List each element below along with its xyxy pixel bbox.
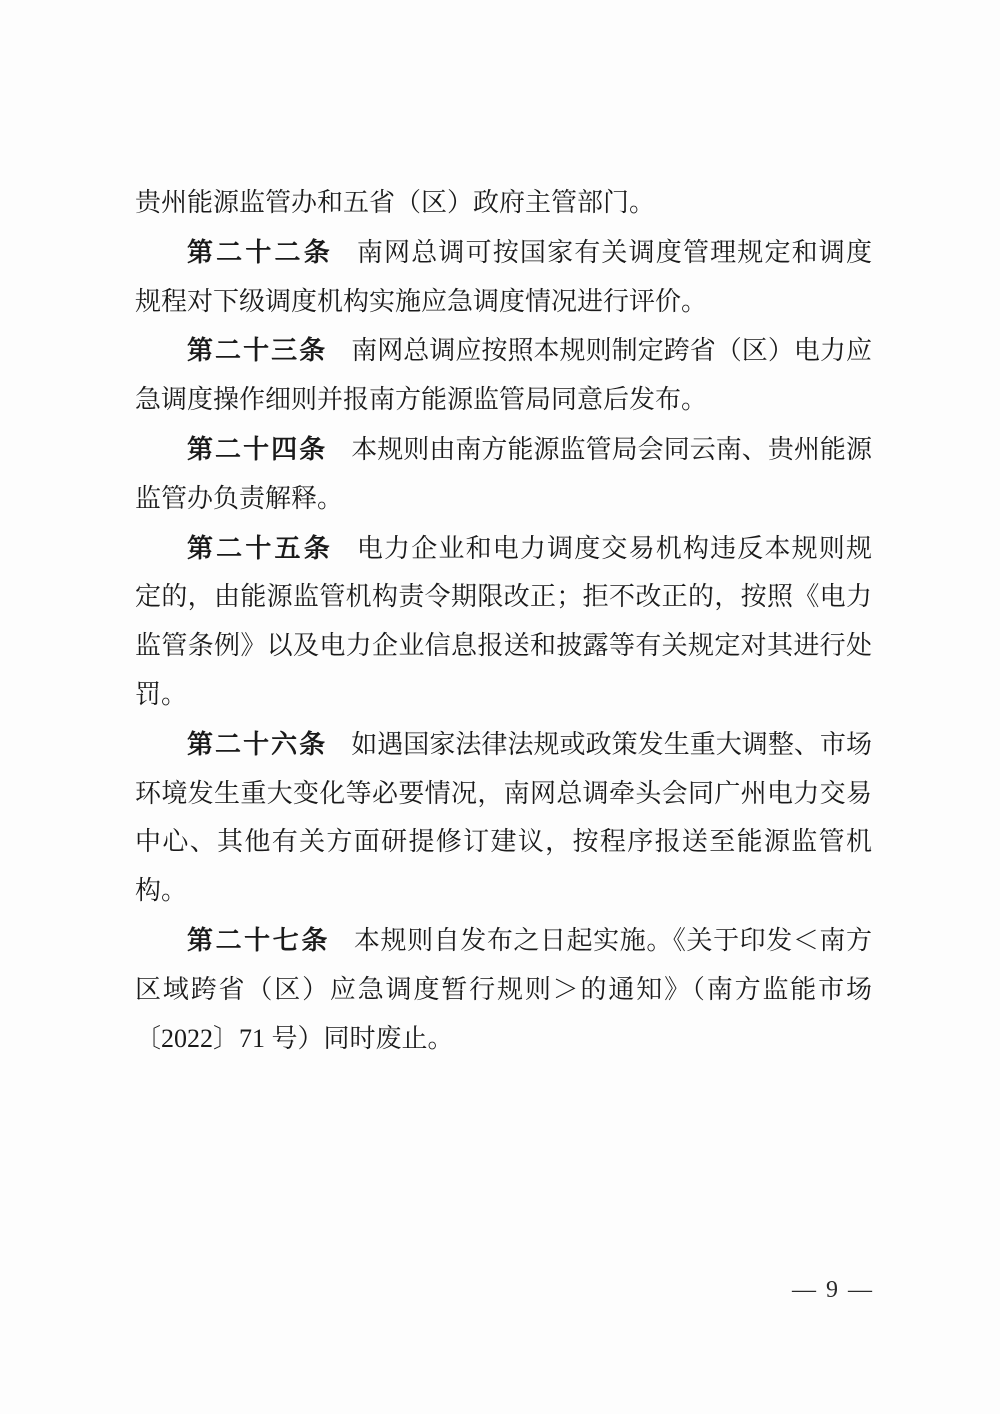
text-run: 〔2022〕71 号）同时废止。 [135, 1024, 454, 1053]
text-line: 贵州能源监管办和五省（区）政府主管部门。 [135, 179, 872, 228]
text-run: 罚。 [135, 680, 187, 709]
text-run: 监管办负责解释。 [135, 484, 343, 513]
text-run: 如遇国家法律法规或政策发生重大调整、市场 [351, 730, 872, 759]
text-run: 定的，由能源监管机构责令期限改正；拒不改正的，按照《电力 [135, 582, 872, 611]
paragraph: 贵州能源监管办和五省（区）政府主管部门。 [135, 179, 872, 228]
text-run: 本规则自发布之日起实施。《关于印发＜南方 [354, 926, 872, 955]
article-number: 第二十二条 [187, 237, 333, 267]
text-line: 第二十七条本规则自发布之日起实施。《关于印发＜南方 [135, 916, 872, 966]
paragraph: 第二十五条电力企业和电力调度交易机构违反本规则规定的，由能源监管机构责令期限改正… [135, 524, 872, 720]
document-text-block: 贵州能源监管办和五省（区）政府主管部门。第二十二条南网总调可按国家有关调度管理规… [135, 179, 872, 1063]
text-run: 南网总调应按照本规则制定跨省（区）电力应 [351, 336, 872, 365]
article-number: 第二十五条 [187, 533, 333, 563]
text-run: 本规则由南方能源监管局会同云南、贵州能源 [351, 435, 872, 464]
text-run: 贵州能源监管办和五省（区）政府主管部门。 [135, 188, 655, 217]
text-run: 电力企业和电力调度交易机构违反本规则规 [357, 534, 872, 563]
text-line: 定的，由能源监管机构责令期限改正；拒不改正的，按照《电力 [135, 573, 872, 622]
article-number: 第二十六条 [187, 729, 327, 759]
text-line: 罚。 [135, 671, 872, 720]
paragraph: 第二十二条南网总调可按国家有关调度管理规定和调度规程对下级调度机构实施应急调度情… [135, 228, 872, 327]
paragraph: 第二十三条南网总调应按照本规则制定跨省（区）电力应急调度操作细则并报南方能源监管… [135, 326, 872, 425]
page-number: — 9 — [792, 1277, 874, 1304]
text-run: 中心、其他有关方面研提修订建议，按程序报送至能源监管机构。 [135, 827, 872, 905]
text-line: 第二十五条电力企业和电力调度交易机构违反本规则规 [135, 524, 872, 574]
text-run: 区域跨省（区）应急调度暂行规则＞的通知》（南方监能市场 [135, 975, 872, 1004]
text-line: 环境发生重大变化等必要情况，南网总调牵头会同广州电力交易 [135, 770, 872, 819]
text-line: 监管条例》以及电力企业信息报送和披露等有关规定对其进行处 [135, 622, 872, 671]
article-number: 第二十四条 [187, 434, 327, 464]
text-line: 〔2022〕71 号）同时废止。 [135, 1015, 872, 1064]
text-line: 第二十二条南网总调可按国家有关调度管理规定和调度 [135, 228, 872, 278]
text-line: 规程对下级调度机构实施应急调度情况进行评价。 [135, 278, 872, 327]
text-line: 监管办负责解释。 [135, 475, 872, 524]
article-number: 第二十三条 [187, 335, 327, 365]
article-number: 第二十七条 [187, 925, 330, 955]
text-line: 第二十三条南网总调应按照本规则制定跨省（区）电力应 [135, 326, 872, 376]
text-line: 中心、其他有关方面研提修订建议，按程序报送至能源监管机构。 [135, 818, 872, 916]
document-page: 贵州能源监管办和五省（区）政府主管部门。第二十二条南网总调可按国家有关调度管理规… [0, 0, 1000, 1414]
text-run: 环境发生重大变化等必要情况，南网总调牵头会同广州电力交易 [135, 779, 872, 808]
text-line: 区域跨省（区）应急调度暂行规则＞的通知》（南方监能市场 [135, 966, 872, 1015]
text-run: 南网总调可按国家有关调度管理规定和调度 [357, 238, 872, 267]
text-line: 急调度操作细则并报南方能源监管局同意后发布。 [135, 376, 872, 425]
text-run: 急调度操作细则并报南方能源监管局同意后发布。 [135, 385, 707, 414]
text-run: 规程对下级调度机构实施应急调度情况进行评价。 [135, 287, 707, 316]
text-line: 第二十六条如遇国家法律法规或政策发生重大调整、市场 [135, 720, 872, 770]
paragraph: 第二十六条如遇国家法律法规或政策发生重大调整、市场环境发生重大变化等必要情况，南… [135, 720, 872, 916]
paragraph: 第二十七条本规则自发布之日起实施。《关于印发＜南方区域跨省（区）应急调度暂行规则… [135, 916, 872, 1063]
text-line: 第二十四条本规则由南方能源监管局会同云南、贵州能源 [135, 425, 872, 475]
text-run: 监管条例》以及电力企业信息报送和披露等有关规定对其进行处 [135, 631, 872, 660]
paragraph: 第二十四条本规则由南方能源监管局会同云南、贵州能源监管办负责解释。 [135, 425, 872, 524]
